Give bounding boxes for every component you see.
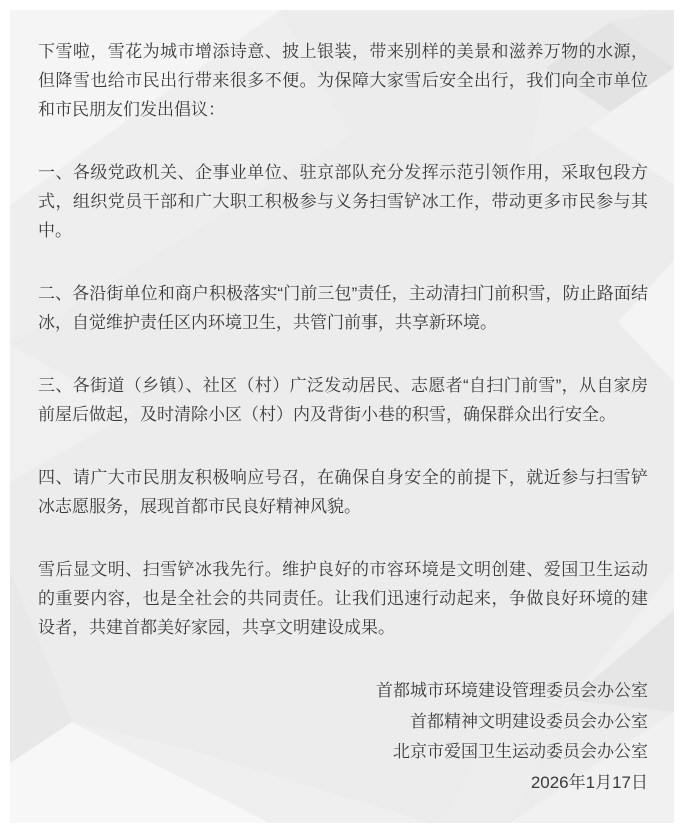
paragraph-item-4: 四、请广大市民朋友积极响应号召，在确保自身安全的前提下，就近参与扫雪铲冰志愿服务…: [38, 463, 648, 521]
paragraph-item-1: 一、各级党政机关、企事业单位、驻京部队充分发挥示范引领作用，采取包段方式，组织党…: [38, 158, 648, 245]
paragraph-intro: 下雪啦，雪花为城市增添诗意、披上银装，带来别样的美景和滋养万物的水源，但降雪也给…: [38, 37, 648, 124]
signature-block: 首都城市环境建设管理委员会办公室 首都精神文明建设委员会办公室 北京市爱国卫生运…: [38, 676, 648, 798]
paragraph-closing: 雪后显文明、扫雪铲冰我先行。维护良好的市容环境是文明创建、爱国卫生运动的重要内容…: [38, 555, 648, 642]
paragraph-item-2: 二、各沿街单位和商户积极落实“门前三包”责任，主动清扫门前积雪，防止路面结冰，自…: [38, 279, 648, 337]
signature-line-1: 首都城市环境建设管理委员会办公室: [38, 676, 648, 707]
notice-poster: 下雪啦，雪花为城市增添诗意、披上银装，带来别样的美景和滋养万物的水源，但降雪也给…: [0, 0, 684, 833]
notice-body: 下雪啦，雪花为城市增添诗意、披上银装，带来别样的美景和滋养万物的水源，但降雪也给…: [38, 37, 648, 798]
signature-date: 2026年1月17日: [38, 768, 648, 799]
paragraph-item-3: 三、各街道（乡镇）、社区（村）广泛发动居民、志愿者“自扫门前雪”，从自家房前屋后…: [38, 371, 648, 429]
signature-line-2: 首都精神文明建设委员会办公室: [38, 707, 648, 738]
signature-line-3: 北京市爱国卫生运动委员会办公室: [38, 737, 648, 768]
